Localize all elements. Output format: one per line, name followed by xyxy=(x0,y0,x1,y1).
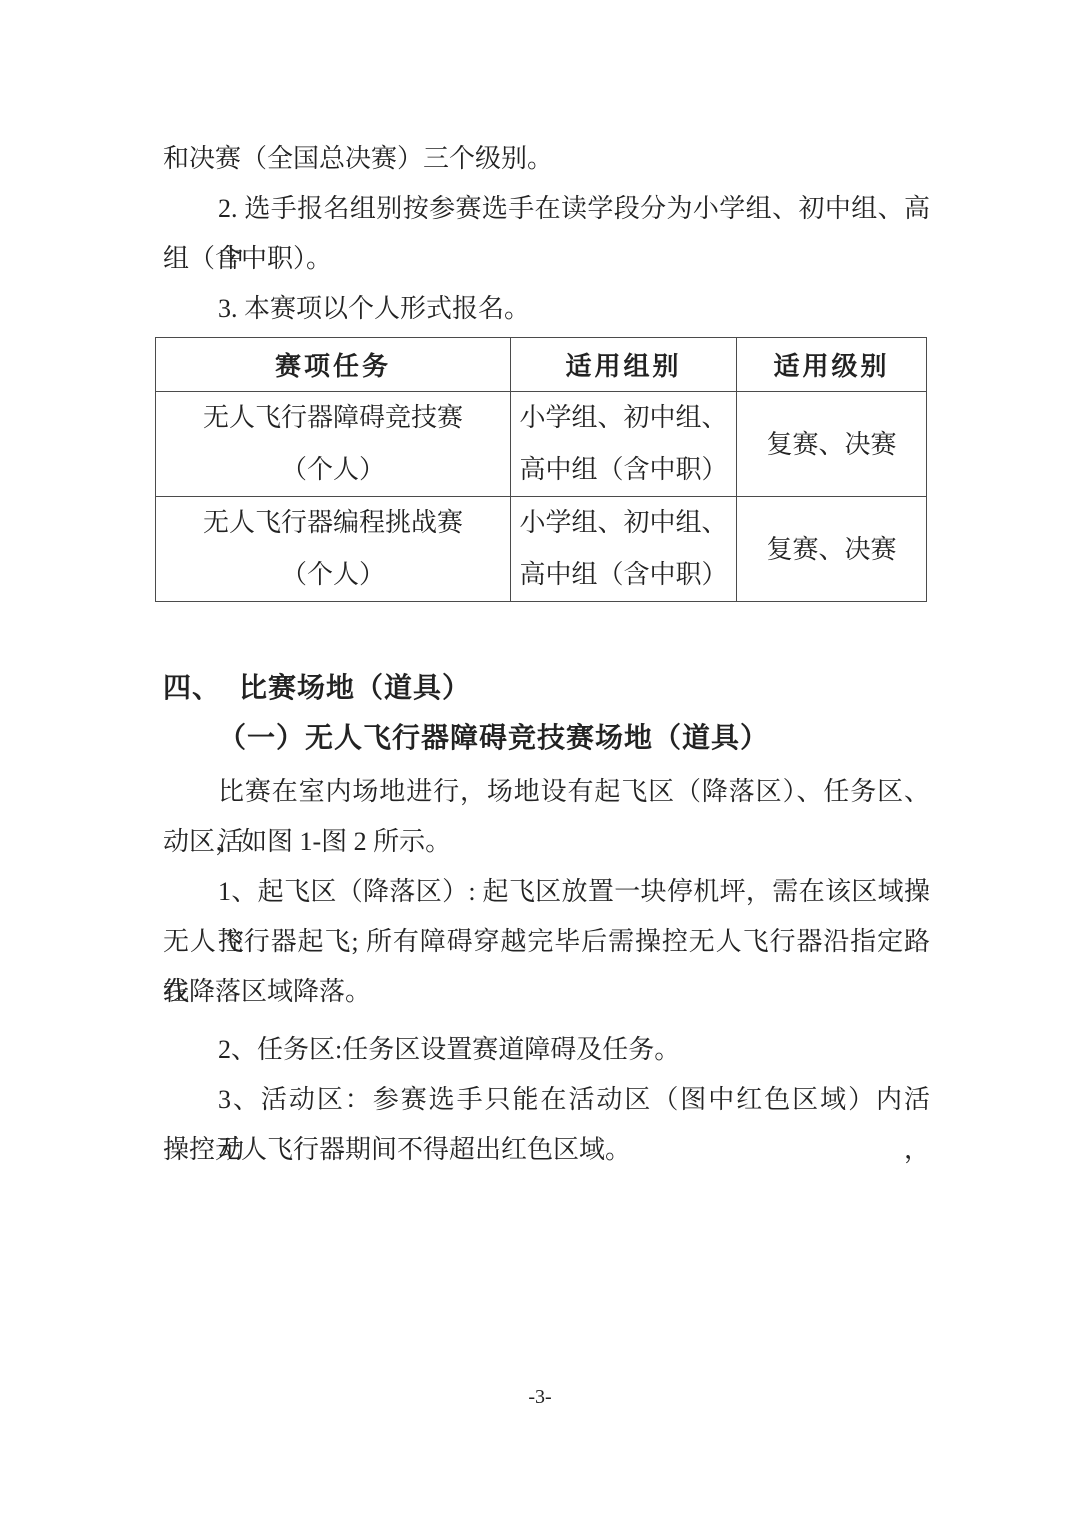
section-body: 比赛在室内场地进行，场地设有起飞区（降落区）、任务区、活 动区，如图 1-图 2… xyxy=(163,767,930,1175)
event-category-table: 赛项任务 适用组别 适用级别 无人飞行器障碍竞技赛 （个人） 小学组、初中组、 … xyxy=(155,337,927,602)
cell-line: 高中组（含中职） xyxy=(511,444,736,496)
cell-group: 小学组、初中组、 高中组（含中职） xyxy=(511,392,737,497)
subsection-heading: （一）无人飞行器障碍竞技赛场地（道具） xyxy=(163,714,930,764)
cell-line: （个人） xyxy=(156,444,510,496)
paragraph-line: 3、活动区：参赛选手只能在活动区（图中红色区域）内活动， xyxy=(163,1075,930,1125)
cell-line: 小学组、初中组、 xyxy=(511,497,736,549)
paragraph-line: 2. 选手报名组别按参赛选手在读学段分为小学组、初中组、高中 xyxy=(163,184,930,234)
paragraph-line: 无人飞行器起飞; 所有障碍穿越完毕后需操控无人飞行器沿指定路线 xyxy=(163,917,930,967)
cell-line: 小学组、初中组、 xyxy=(511,392,736,444)
cell-group: 小学组、初中组、 高中组（含中职） xyxy=(511,497,737,602)
section-heading: 四、比赛场地（道具） xyxy=(163,664,930,714)
paragraph-line: 1、起飞区（降落区）: 起飞区放置一块停机坪，需在该区域操控 xyxy=(163,867,930,917)
cell-line: 无人飞行器障碍竞技赛 xyxy=(156,392,510,444)
cell-level: 复赛、决赛 xyxy=(737,392,927,497)
cell-task: 无人飞行器编程挑战赛 （个人） xyxy=(156,497,511,602)
paragraph-line: 动区，如图 1-图 2 所示。 xyxy=(163,817,930,867)
header-cell-task: 赛项任务 xyxy=(156,338,511,392)
paragraph-line: 在降落区域降落。 xyxy=(163,967,930,1017)
header-cell-level: 适用级别 xyxy=(737,338,927,392)
cell-level: 复赛、决赛 xyxy=(737,497,927,602)
header-cell-group: 适用组别 xyxy=(511,338,737,392)
paragraph-line: 组（含中职）。 xyxy=(163,234,930,284)
page-number: -3- xyxy=(0,1386,1080,1409)
table-row: 无人飞行器障碍竞技赛 （个人） 小学组、初中组、 高中组（含中职） 复赛、决赛 xyxy=(156,392,927,497)
cell-task: 无人飞行器障碍竞技赛 （个人） xyxy=(156,392,511,497)
cell-line: 无人飞行器编程挑战赛 xyxy=(156,497,510,549)
cell-line: 高中组（含中职） xyxy=(511,549,736,601)
paragraph-line: 比赛在室内场地进行，场地设有起飞区（降落区）、任务区、活 xyxy=(163,767,930,817)
section-number: 四、 xyxy=(163,673,221,704)
paragraph-line: 2、任务区:任务区设置赛道障碍及任务。 xyxy=(163,1025,930,1075)
paragraph-line: 和决赛（全国总决赛）三个级别。 xyxy=(163,134,930,184)
document-content: 和决赛（全国总决赛）三个级别。 2. 选手报名组别按参赛选手在读学段分为小学组、… xyxy=(163,0,930,1175)
table-header-row: 赛项任务 适用组别 适用级别 xyxy=(156,338,927,392)
table-row: 无人飞行器编程挑战赛 （个人） 小学组、初中组、 高中组（含中职） 复赛、决赛 xyxy=(156,497,927,602)
document-page: 和决赛（全国总决赛）三个级别。 2. 选手报名组别按参赛选手在读学段分为小学组、… xyxy=(0,0,1080,1527)
cell-line: （个人） xyxy=(156,549,510,601)
section-title: 比赛场地（道具） xyxy=(239,673,471,704)
paragraph-line: 3. 本赛项以个人形式报名。 xyxy=(163,284,930,334)
